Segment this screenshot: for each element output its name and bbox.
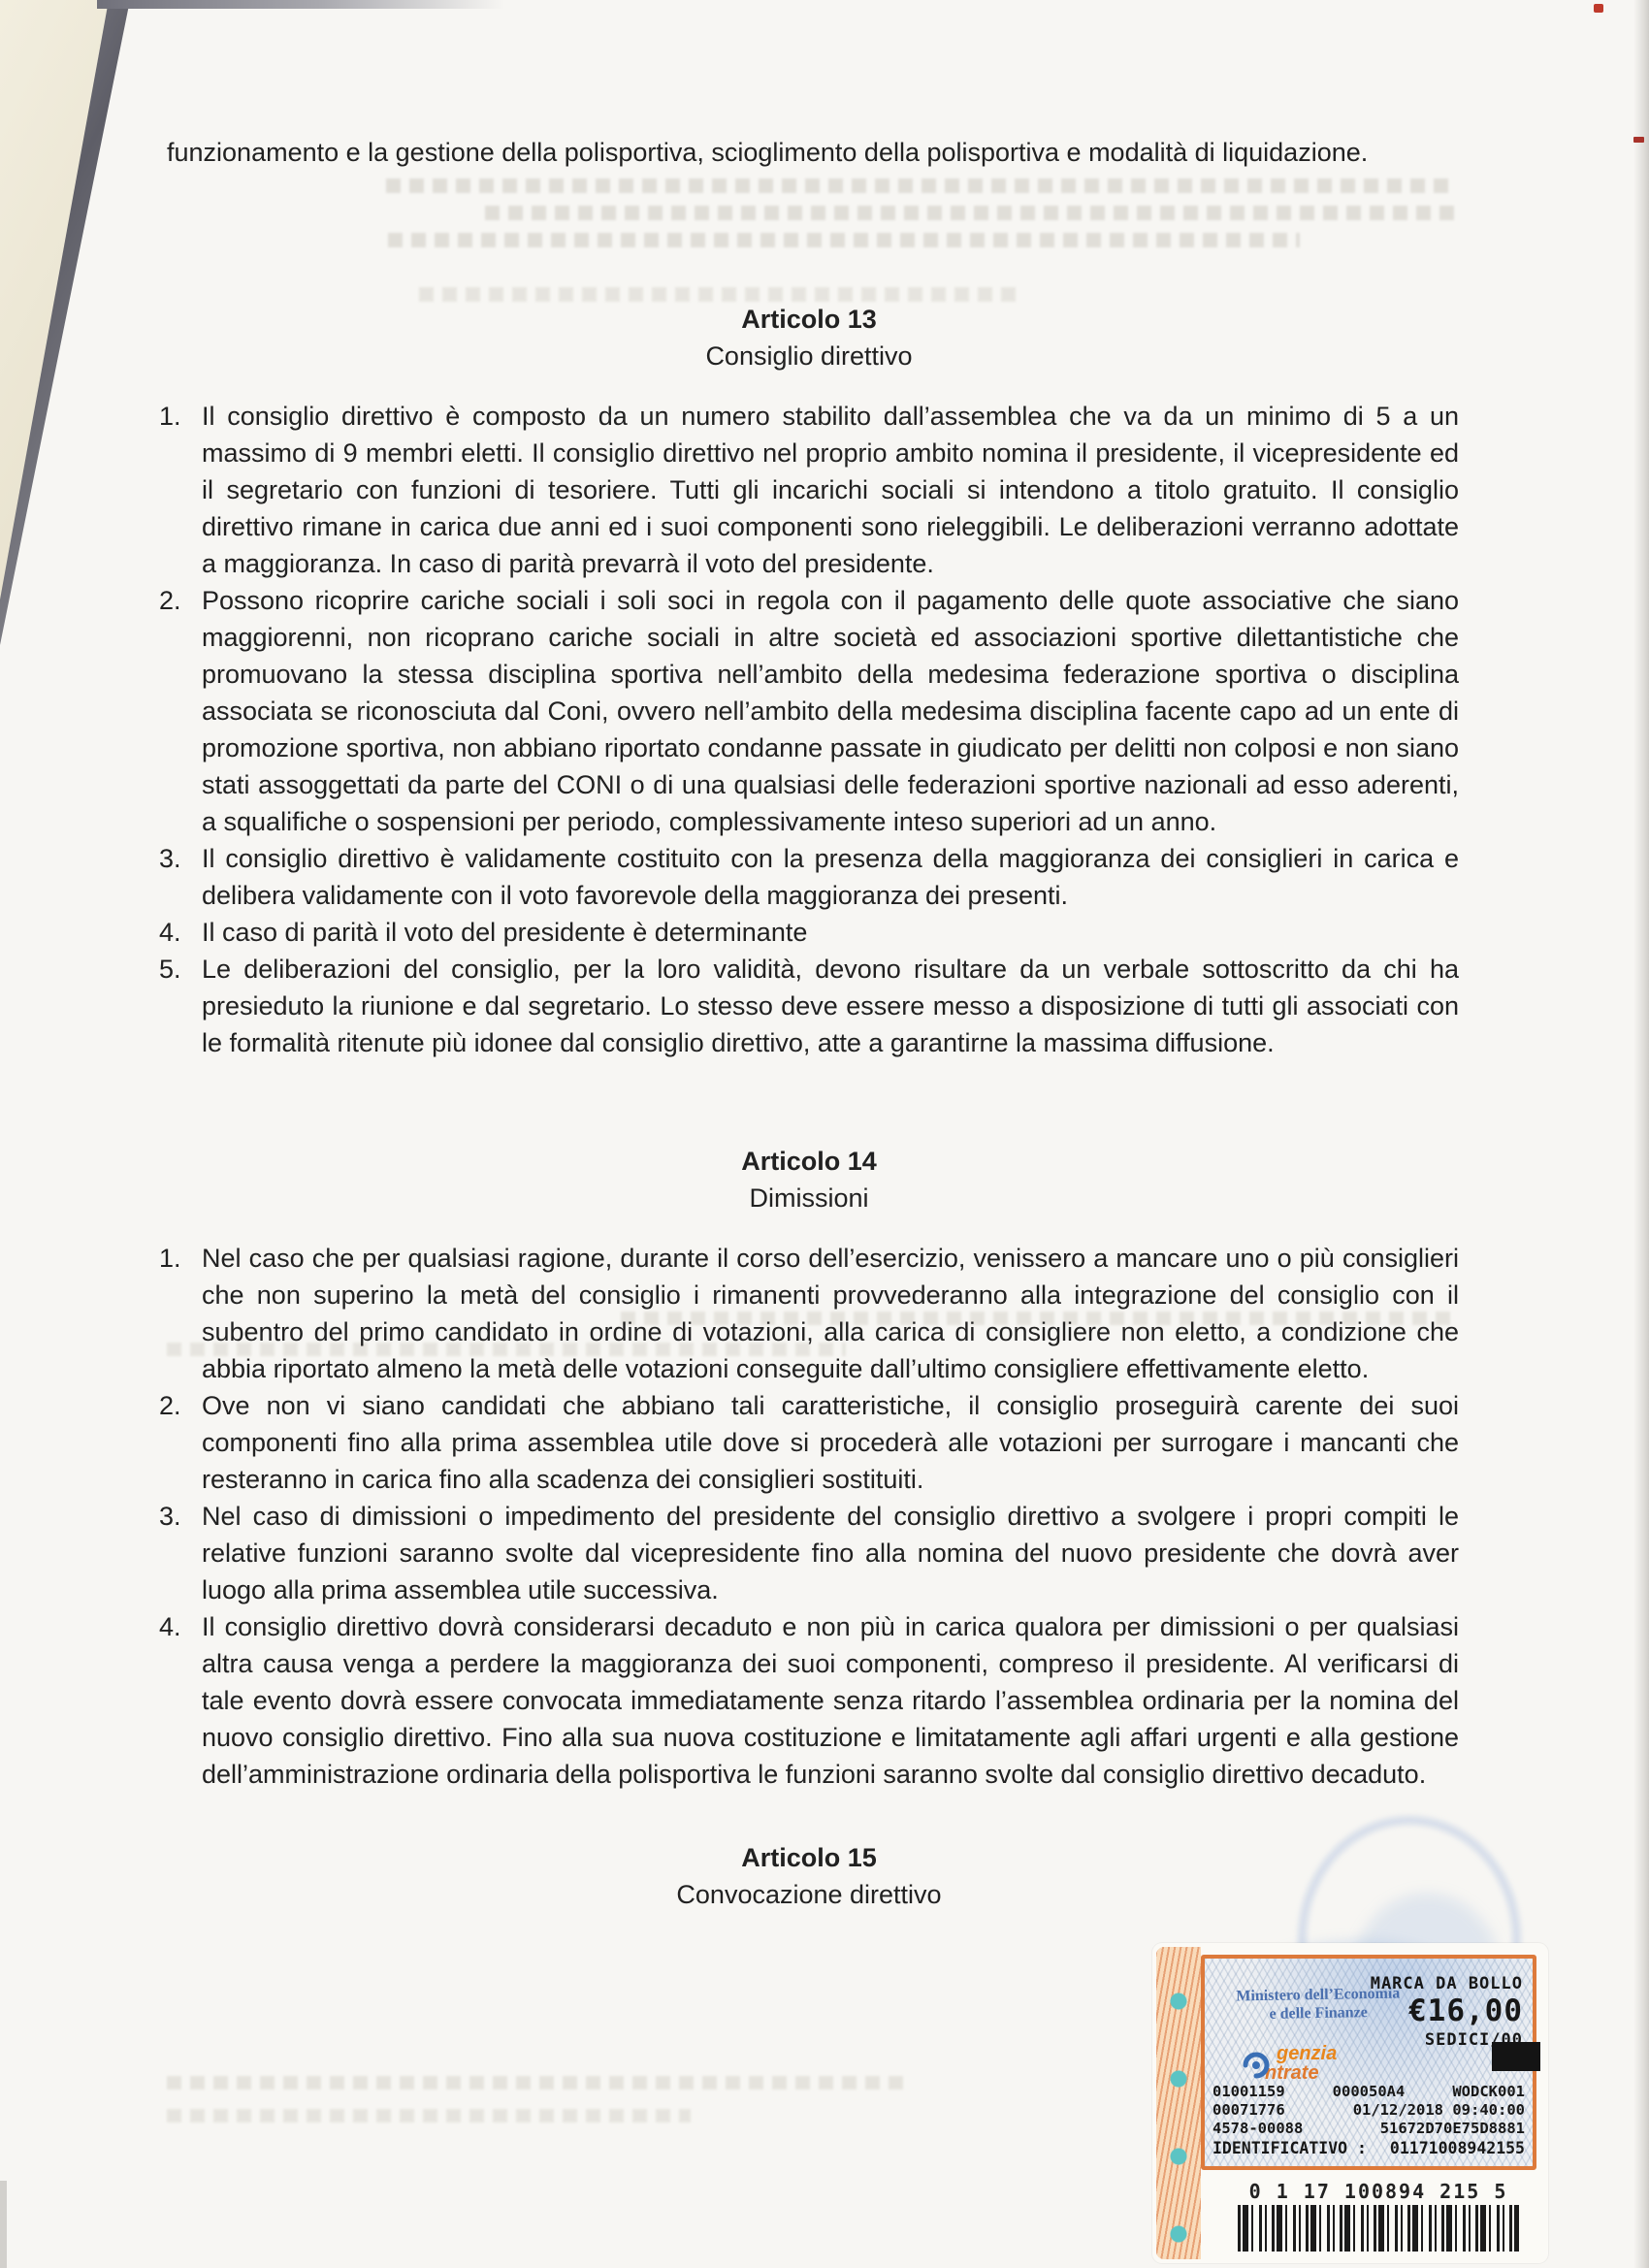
- revenue-stamp-sticker: Ministero dell’Economia e delle Finanze …: [1152, 1943, 1548, 2263]
- article-15-title: Articolo 15: [159, 1839, 1459, 1876]
- list-item: 4. Il caso di parità il voto del preside…: [159, 914, 1459, 951]
- stamp-code-row: 01001159 000050A4 WODCK001: [1212, 2083, 1525, 2101]
- document-body: funzionamento e la gestione della polisp…: [0, 0, 1649, 1913]
- article-13-subtitle: Consiglio direttivo: [159, 338, 1459, 374]
- list-item-text: Il consiglio direttivo è composto da un …: [202, 398, 1459, 582]
- intro-paragraph: funzionamento e la gestione della polisp…: [167, 134, 1459, 171]
- list-item-number: 1.: [159, 1240, 202, 1277]
- article-15-subtitle: Convocazione direttivo: [159, 1876, 1459, 1913]
- list-item-number: 1.: [159, 398, 202, 435]
- stamp-codes: 01001159 000050A4 WODCK001 00071776 01/1…: [1212, 2083, 1525, 2157]
- list-item-number: 2.: [159, 1387, 202, 1424]
- list-item-number: 5.: [159, 951, 202, 988]
- list-item: 3. Nel caso di dimissioni o impedimento …: [159, 1498, 1459, 1608]
- article-14-subtitle: Dimissioni: [159, 1180, 1459, 1216]
- guilloche-security-band: [1156, 1947, 1201, 2259]
- redaction-box: [1492, 2042, 1540, 2071]
- list-item-text: Il consiglio direttivo è validamente cos…: [202, 840, 1459, 914]
- list-item-text: Il caso di parità il voto del presidente…: [202, 914, 1459, 951]
- list-item: 2. Ove non vi siano candidati che abbian…: [159, 1387, 1459, 1498]
- scan-bottom-edge: [0, 2181, 7, 2268]
- list-item: 5. Le deliberazioni del consiglio, per l…: [159, 951, 1459, 1061]
- agenzia-entrate-swoosh-icon: [1238, 2046, 1271, 2085]
- list-item-text: Ove non vi siano candidati che abbiano t…: [202, 1387, 1459, 1498]
- list-item-text: Nel caso che per qualsiasi ragione, dura…: [202, 1240, 1459, 1387]
- article-14-title: Articolo 14: [159, 1143, 1459, 1180]
- list-item-number: 2.: [159, 582, 202, 619]
- list-item-text: Le deliberazioni del consiglio, per la l…: [202, 951, 1459, 1061]
- barcode: [1238, 2205, 1519, 2252]
- stamp-barcode-block: 0 1 17 100894 215 5: [1238, 2180, 1519, 2252]
- stamp-code-row: 4578-00088 51672D70E75D8881: [1212, 2120, 1525, 2138]
- stamp-code-row: 00071776 01/12/2018 09:40:00: [1212, 2101, 1525, 2120]
- article-14-list: 1. Nel caso che per qualsiasi ragione, d…: [159, 1240, 1459, 1793]
- list-item-text: Il consiglio direttivo dovrà considerars…: [202, 1608, 1459, 1793]
- article-13-list: 1. Il consiglio direttivo è composto da …: [159, 398, 1459, 1061]
- list-item-text: Nel caso di dimissioni o impedimento del…: [202, 1498, 1459, 1608]
- list-item: 4. Il consiglio direttivo dovrà consider…: [159, 1608, 1459, 1793]
- list-item: 3. Il consiglio direttivo è validamente …: [159, 840, 1459, 914]
- list-item-number: 4.: [159, 1608, 202, 1645]
- list-item-number: 3.: [159, 1498, 202, 1535]
- list-item-text: Possono ricoprire cariche sociali i soli…: [202, 582, 1459, 840]
- list-item-number: 3.: [159, 840, 202, 877]
- list-item: 1. Il consiglio direttivo è composto da …: [159, 398, 1459, 582]
- article-13-title: Articolo 13: [159, 301, 1459, 338]
- list-item: 2. Possono ricoprire cariche sociali i s…: [159, 582, 1459, 840]
- list-item: 1. Nel caso che per qualsiasi ragione, d…: [159, 1240, 1459, 1387]
- bleed-through-artifact: [167, 2076, 904, 2090]
- list-item-number: 4.: [159, 914, 202, 951]
- stamp-title: MARCA DA BOLLO: [1371, 1974, 1523, 1993]
- barcode-number: 0 1 17 100894 215 5: [1238, 2180, 1519, 2203]
- stamp-identifier-row: IDENTIFICATIVO : 01171008942155: [1212, 2139, 1525, 2157]
- bleed-through-artifact: [167, 2109, 691, 2122]
- marca-da-bollo-stamp: Ministero dell’Economia e delle Finanze …: [1201, 1955, 1536, 2170]
- stamp-amount: €16,00: [1408, 1993, 1523, 2028]
- scanned-document-page: funzionamento e la gestione della polisp…: [0, 0, 1649, 2268]
